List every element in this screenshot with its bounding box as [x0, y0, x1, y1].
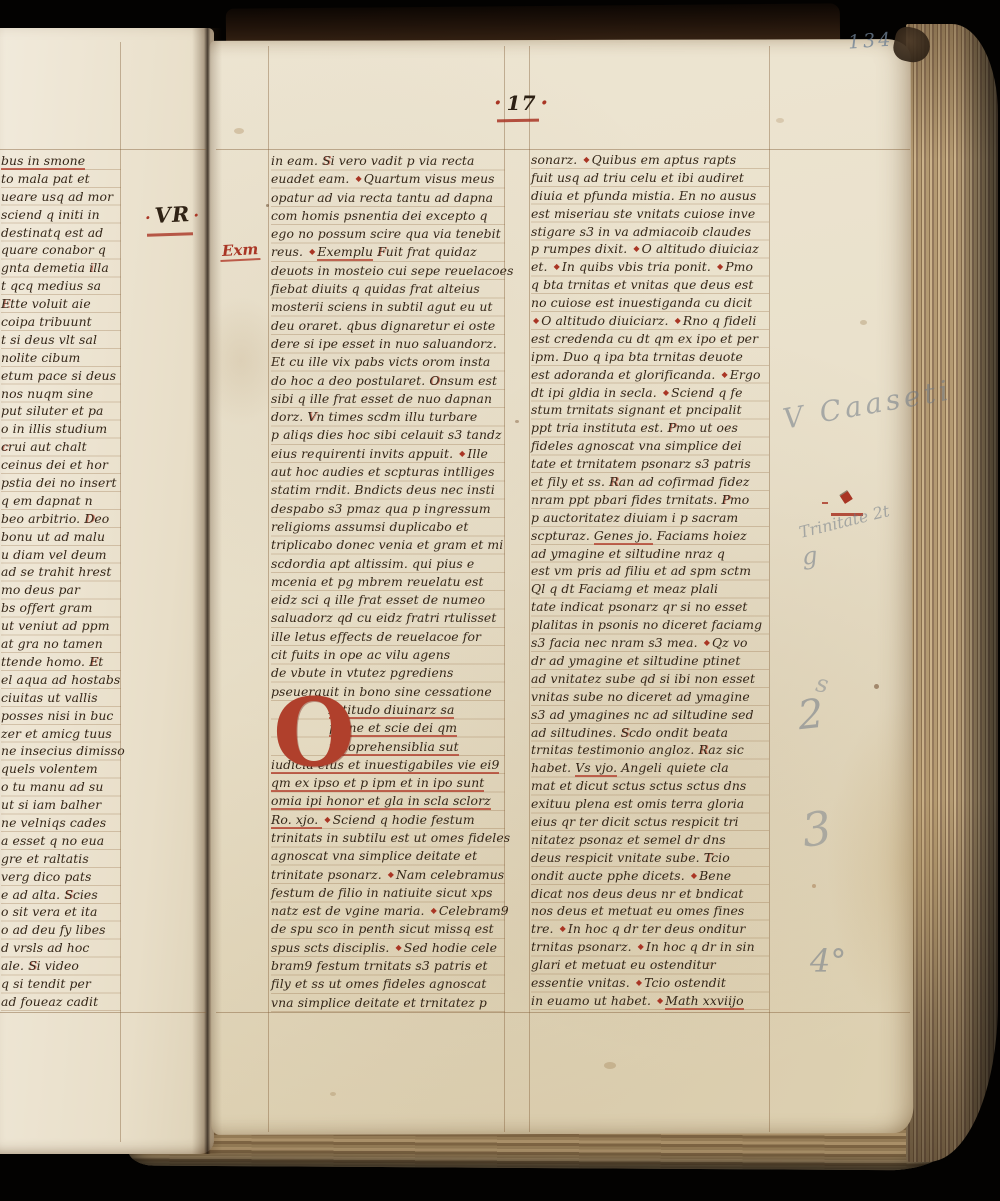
- manuscript-text-line: dere si ipe esset in nuo saluandorz.: [271, 335, 505, 353]
- text-segment: ad vnitatez sube qd si ibi non esset: [531, 671, 755, 686]
- text-segment: sibi q ille frat esset de nuo dapnan: [271, 391, 492, 406]
- manuscript-text-line: com homis psnentia dei excepto q: [271, 207, 505, 225]
- text-segment: put siluter et pa: [1, 403, 104, 418]
- manuscript-text-line: habet. Vs vjo. Angeli quiete cla: [531, 759, 769, 777]
- text-segment: do hoc a deo postularet.: [271, 373, 429, 388]
- manuscript-text-line: deuots in mosteio cui sepe reuelacoes: [271, 262, 505, 280]
- text-segment: t si deus vlt sal: [1, 332, 97, 347]
- text-segment: uit frat quidaz: [386, 244, 477, 259]
- text-segment: exituu plena est omis terra gloria: [531, 796, 744, 811]
- manuscript-text-line: at gra no tamen: [1, 635, 121, 653]
- text-segment: zer et amicg tuus: [1, 726, 112, 741]
- gutter-mark-exm: Exm: [220, 240, 261, 262]
- rubric-paragraph-mark: ◆: [388, 870, 394, 879]
- margin-mark-vr: VR: [141, 200, 203, 228]
- text-segment: habet.: [531, 760, 575, 775]
- text-segment: fily et ss ut omes fideles agnoscat: [271, 976, 486, 991]
- manuscript-text-line: ciuitas ut vallis: [1, 689, 121, 707]
- rubric-paragraph-mark: ◆: [560, 924, 566, 933]
- text-segment: Rno q fideli: [683, 313, 757, 328]
- text-segment: Ro. xjo.: [271, 812, 322, 829]
- text-segment: Quartum visus meus: [364, 171, 495, 186]
- manuscript-text-line: nolite cibum: [1, 349, 121, 367]
- text-segment: dicat nos deus deus nr et bndicat: [531, 886, 743, 901]
- text-segment: O altitudo diuiciaz: [642, 241, 759, 256]
- text-segment: tate indicat psonarz qr si no esset: [531, 599, 748, 614]
- manuscript-text-line: fuit usq ad triu celu et ibi audiret: [531, 169, 769, 187]
- text-segment: Pmo: [725, 259, 753, 274]
- pencil-letter-g: g: [801, 541, 819, 570]
- manuscript-text-line: ad vnitatez sube qd si ibi non esset: [531, 670, 769, 688]
- manuscript-text-line: est vm pris ad filiu et ad spm sctm: [531, 562, 769, 580]
- manuscript-text-line: trinitats in subtilu est ut omes fideles: [271, 829, 505, 847]
- text-segment: est vm pris ad filiu et ad spm sctm: [531, 563, 751, 578]
- text-segment: ttende homo.: [1, 654, 89, 669]
- text-segment: trinitats in subtilu est ut omes fideles: [271, 830, 510, 845]
- text-segment: t: [98, 654, 103, 669]
- text-segment: trnitas psonarz.: [531, 939, 636, 954]
- text-segment: plalitas in psonis no diceret faciamg: [531, 617, 762, 632]
- text-segment: ueare usq ad mor: [1, 189, 113, 204]
- manuscript-text-line: ad ymagine et siltudine nraz q: [531, 545, 769, 563]
- text-segment: o in illis studium: [1, 421, 107, 436]
- manuscript-text-line: verg dico pats: [1, 868, 121, 886]
- rubric-paragraph-mark: ◆: [721, 370, 727, 379]
- text-segment: gre et raltatis: [1, 851, 89, 866]
- text-segment: scdordia apt altissim. qui pius e: [271, 556, 474, 571]
- manuscript-text-line: sibi q ille frat esset de nuo dapnan: [271, 390, 505, 408]
- text-segment: statim rndit. Bndicts deus nec insti: [271, 482, 495, 497]
- stain: [860, 320, 867, 325]
- text-segment: e ad alta.: [1, 887, 64, 902]
- text-segment: opatur ad via recta tantu ad dapna: [271, 190, 493, 205]
- text-segment: S: [322, 153, 331, 168]
- manuscript-text-line: vnitas sube no diceret ad ymagine: [531, 688, 769, 706]
- illuminated-initial: O: [273, 697, 327, 773]
- manuscript-text-line: fiebat diuits q quidas frat alteius: [271, 280, 505, 298]
- manuscript-text-line: q em dapnat n: [1, 492, 121, 510]
- text-segment: tte voluit aie: [10, 296, 91, 311]
- text-segment: eius qr ter dicit sctus respicit tri: [531, 814, 739, 829]
- text-segment: i video: [37, 958, 79, 973]
- text-segment: ille letus effects de reuelacoe for: [271, 629, 481, 644]
- text-segment: natz est de vgine maria.: [271, 903, 429, 918]
- stain: [874, 684, 879, 689]
- text-segment: nos deus et metuat eu omes fines: [531, 903, 744, 918]
- manuscript-text-line: tre. ◆In hoc q dr ter deus onditur: [531, 920, 769, 938]
- rubric-paragraph-mark: ◆: [533, 316, 539, 325]
- manuscript-text-line: agnoscat vna simplice deitate et: [271, 847, 505, 865]
- text-segment: mosterii sciens in subtil agut eu ut: [271, 299, 493, 314]
- manuscript-text-line: tate et trnitatem psonarz s3 patris: [531, 455, 769, 473]
- text-segment: quare conabor q: [1, 242, 106, 257]
- text-segment: dt ipi gldia in secla.: [531, 385, 661, 400]
- text-segment: ale.: [1, 958, 28, 973]
- manuscript-text-line: opatur ad via recta tantu ad dapna: [271, 189, 505, 207]
- manuscript-text-line: posses nisi in buc: [1, 707, 121, 725]
- text-segment: Qz vo: [712, 635, 748, 650]
- text-segment: nsum est: [440, 373, 497, 388]
- text-segment: bonu ut ad malu: [1, 529, 105, 544]
- text-segment: cio: [711, 850, 730, 865]
- text-segment: ne insecius dimisso: [1, 743, 125, 758]
- manuscript-text-line: q bta trnitas et vnitas que deus est: [531, 276, 769, 294]
- manuscript-text-line: Ette voluit aie: [1, 295, 121, 313]
- text-column-middle: in eam. Si vero vadit p via rectaeuadet …: [271, 152, 505, 1012]
- text-segment: az sic: [708, 742, 744, 757]
- manuscript-text-line: put siluter et pa: [1, 402, 121, 420]
- text-segment: Sed hodie cele: [404, 940, 497, 955]
- margin-paragraph-dash: [822, 502, 828, 504]
- text-segment: O: [429, 373, 439, 388]
- manuscript-text-line: et. ◆In quibs vbis tria ponit. ◆Pmo: [531, 258, 769, 276]
- manuscript-text-line: Ql q dt Faciamg et meaz plali: [531, 580, 769, 598]
- ruling-line-vertical: [529, 46, 530, 1132]
- text-column-right: sonarz. ◆Quibus em aptus raptsfuit usq a…: [531, 151, 769, 1010]
- text-segment: deuots in mosteio cui sepe reuelacoes: [271, 263, 514, 278]
- stain: [515, 420, 519, 423]
- text-segment: Sciend q hodie festum: [333, 812, 475, 827]
- ruling-line-horizontal: [216, 149, 910, 150]
- text-segment: ppt tria instituta est.: [531, 420, 667, 435]
- manuscript-text-line: trinitate psonarz. ◆Nam celebramus: [271, 866, 505, 884]
- rubric-paragraph-mark: ◆: [355, 174, 361, 183]
- text-segment: beo arbitrio.: [1, 511, 84, 526]
- text-segment: ut veniut ad ppm: [1, 618, 110, 633]
- text-segment: Et cu ille vix pabs victs orom insta: [271, 354, 490, 369]
- manuscript-text-line: gnta demetia illa: [1, 259, 121, 277]
- manuscript-text-line: de spu sco in penth sicut missq est: [271, 920, 505, 938]
- text-segment: u diam vel deum: [1, 547, 107, 562]
- text-segment: p rumpes dixit.: [531, 241, 631, 256]
- text-segment: Tcio ostendit: [644, 975, 726, 990]
- text-segment: T: [704, 850, 711, 865]
- text-segment: cies: [73, 887, 98, 902]
- manuscript-text-line: dr ad ymagine et siltudine ptinet: [531, 652, 769, 670]
- text-segment: sciend q initi in: [1, 207, 100, 222]
- text-segment: R: [699, 742, 709, 757]
- manuscript-text-line: triplicabo donec venia et gram et mi: [271, 536, 505, 554]
- text-segment: Ille: [467, 446, 488, 461]
- text-segment: nram ppt pbari fides trnitats.: [531, 492, 721, 507]
- manuscript-text-line: Ro. xjo. ◆Sciend q hodie festum: [271, 811, 505, 829]
- text-segment: fideles agnoscat vna simplice dei: [531, 438, 742, 453]
- text-segment: o ad deu fy libes: [1, 922, 106, 937]
- manuscript-text-line: despabo s3 pmaz qua p ingressum: [271, 500, 505, 518]
- pencil-number-2: 2: [796, 691, 826, 739]
- text-column-left-partial: bus in smoneto mala pat etueare usq ad m…: [1, 152, 121, 1011]
- manuscript-text-line: p rumpes dixit. ◆O altitudo diuiciaz: [531, 240, 769, 258]
- text-segment: in euamo ut habet.: [531, 993, 655, 1008]
- text-segment: ad siltudines.: [531, 725, 620, 740]
- text-segment: ad foueaz cadit: [1, 994, 98, 1009]
- text-segment: o tu manu ad su: [1, 779, 103, 794]
- text-segment: omia ipi honor et gla in scla sclorz: [271, 793, 491, 810]
- manuscript-text-line: destinatq est ad: [1, 224, 121, 242]
- rubric-paragraph-mark: ◆: [633, 244, 639, 253]
- rubric-paragraph-mark: ◆: [636, 978, 642, 987]
- manuscript-text-line: euadet eam. ◆Quartum visus meus: [271, 170, 505, 188]
- text-segment: aut hoc audies et scpturas intlliges: [271, 464, 495, 479]
- manuscript-text-line: bonu ut ad malu: [1, 528, 121, 546]
- manuscript-text-line: omia ipi honor et gla in scla sclorz: [271, 792, 505, 810]
- manuscript-text-line: ueare usq ad mor: [1, 188, 121, 206]
- manuscript-text-line: ut si iam balher: [1, 796, 121, 814]
- text-segment: triplicabo donec venia et gram et mi: [271, 537, 503, 552]
- text-segment: est miseriau ste vnitats cuiose inve: [531, 206, 755, 221]
- text-segment: stum trnitats signant et pncipalit: [531, 402, 742, 417]
- manuscript-text-line: exituu plena est omis terra gloria: [531, 795, 769, 813]
- text-segment: q si tendit per: [1, 976, 91, 991]
- text-segment: vna simplice deitate et trnitatez p: [271, 995, 487, 1010]
- manuscript-text-line: ad foueaz cadit: [1, 993, 121, 1011]
- manuscript-text-line: fily et ss ut omes fideles agnoscat: [271, 975, 505, 993]
- text-segment: est adoranda et glorificanda.: [531, 367, 719, 382]
- text-segment: c: [1, 439, 8, 454]
- text-segment: trnitas testimonio angloz.: [531, 742, 699, 757]
- text-segment: quels volentem: [1, 761, 98, 776]
- stain: [234, 128, 244, 134]
- text-segment: pstia dei no insert: [1, 475, 117, 490]
- manuscript-text-line: ale. Si video: [1, 957, 121, 975]
- manuscript-text-line: e ad alta. Scies: [1, 886, 121, 904]
- manuscript-text-line: mo deus par: [1, 581, 121, 599]
- manuscript-text-line: spus scts disciplis. ◆Sed hodie cele: [271, 939, 505, 957]
- ruling-line-horizontal: [0, 149, 206, 150]
- manuscript-text-line: o sit vera et ita: [1, 903, 121, 921]
- manuscript-text-line: festum de filio in natiuite sicut xps: [271, 884, 505, 902]
- stain: [330, 1092, 336, 1096]
- text-segment: deus respicit vnitate sube.: [531, 850, 704, 865]
- text-segment: no cuiose est inuestiganda cu dicit: [531, 295, 752, 310]
- text-segment: bs offert gram: [1, 600, 92, 615]
- manuscript-text-line: t qcq medius sa: [1, 277, 121, 295]
- manuscript-text-line: ille letus effects de reuelacoe for: [271, 628, 505, 646]
- manuscript-text-line: pstia dei no insert: [1, 474, 121, 492]
- text-segment: cit fuits in ope ac vilu agens: [271, 647, 450, 662]
- text-segment: s3 ad ymagines nc ad siltudine sed: [531, 707, 754, 722]
- text-segment: dr ad ymagine et siltudine ptinet: [531, 653, 740, 668]
- text-segment: q bta trnitas et vnitas que deus est: [531, 277, 753, 292]
- manuscript-text-line: mosterii sciens in subtil agut eu ut: [271, 298, 505, 316]
- text-segment: mat et dicut sctus sctus sctus dns: [531, 778, 746, 793]
- ruling-line-vertical: [268, 46, 269, 1132]
- text-segment: Ergo: [730, 367, 761, 382]
- text-segment: In hoc q dr in sin: [646, 939, 755, 954]
- rubric-paragraph-mark: ◆: [704, 638, 710, 647]
- text-segment: q em dapnat n: [1, 493, 93, 508]
- manuscript-text-line: stum trnitats signant et pncipalit: [531, 401, 769, 419]
- text-segment: mcenia et pg mbrem reuelatu est: [271, 574, 484, 589]
- manuscript-text-line: quare conabor q: [1, 241, 121, 259]
- text-segment: destinatq est ad: [1, 225, 103, 240]
- text-segment: reus.: [271, 244, 307, 259]
- text-segment: i vero vadit p via recta: [331, 153, 475, 168]
- text-segment: trinitate psonarz.: [271, 867, 386, 882]
- manuscript-text-line: trnitas psonarz. ◆In hoc q dr in sin: [531, 938, 769, 956]
- text-segment: P: [721, 492, 729, 507]
- text-segment: saluadorz qd cu eidz fratri rtulisset: [271, 610, 496, 625]
- manuscript-text-line: ego no possum scire qua via tenebit: [271, 225, 505, 243]
- manuscript-text-line: a esset q no eua: [1, 832, 121, 850]
- manuscript-text-line: ad siltudines. Scdo ondit beata: [531, 724, 769, 742]
- stain: [776, 118, 784, 123]
- text-segment: essentie vnitas.: [531, 975, 634, 990]
- text-segment: tre.: [531, 921, 558, 936]
- text-segment: cdo ondit beata: [629, 725, 728, 740]
- water-stain: [196, 296, 286, 426]
- text-segment: O altitudo diuiciarz.: [541, 313, 672, 328]
- rubric-paragraph-mark: ◆: [691, 871, 697, 880]
- ruling-line-vertical: [769, 46, 770, 1132]
- text-segment: tate et trnitatem psonarz s3 patris: [531, 456, 751, 471]
- text-segment: R: [609, 474, 619, 489]
- manuscript-text-line: ppt tria instituta est. Pmo ut oes: [531, 419, 769, 437]
- gutter-fold: [192, 28, 222, 1154]
- manuscript-text-line: tate indicat psonarz qr si no esset: [531, 598, 769, 616]
- manuscript-text-line: natz est de vgine maria. ◆Celebram9: [271, 902, 505, 920]
- rubric-paragraph-mark: ◆: [583, 155, 589, 164]
- rubric-paragraph-mark: ◆: [638, 942, 644, 951]
- rubric-paragraph-mark: ◆: [657, 996, 663, 1005]
- manuscript-text-line: sonarz. ◆Quibus em aptus rapts: [531, 151, 769, 169]
- manuscript-text-line: aut hoc audies et scpturas intlliges: [271, 463, 505, 481]
- manuscript-text-line: o in illis studium: [1, 420, 121, 438]
- text-segment: festum de filio in natiuite sicut xps: [271, 885, 493, 900]
- manuscript-text-line: scdordia apt altissim. qui pius e: [271, 555, 505, 573]
- text-segment: In hoc q dr ter deus onditur: [568, 921, 746, 936]
- stain: [706, 962, 711, 966]
- rubric-paragraph-mark: ◆: [717, 262, 723, 271]
- text-segment: ad ymagine et siltudine nraz q: [531, 546, 725, 561]
- manuscript-text-line: est adoranda et glorificanda. ◆Ergo: [531, 366, 769, 384]
- stain: [812, 884, 816, 888]
- manuscript-text-line: quels volentem: [1, 760, 121, 778]
- stain: [604, 1062, 616, 1069]
- text-segment: n times scdm illu turbare: [316, 409, 477, 424]
- text-segment: Sciend q fe: [671, 385, 742, 400]
- text-segment: ceinus dei et hor: [1, 457, 108, 472]
- manuscript-text-line: zer et amicg tuus: [1, 725, 121, 743]
- text-segment: ipm. Duo q ipa bta trnitas deuote: [531, 349, 743, 364]
- manuscript-text-line: d vrsls ad hoc: [1, 939, 121, 957]
- manuscript-text-line: p auctoritatez diuiam i p sacram: [531, 509, 769, 527]
- manuscript-text-line: glari et metuat eu ostenditur: [531, 956, 769, 974]
- text-segment: eidz sci q ille frat esset de numeo: [271, 592, 485, 607]
- rubric-paragraph-mark: ◆: [554, 262, 560, 271]
- text-segment: eo: [94, 511, 109, 526]
- rubric-paragraph-mark: ◆: [675, 316, 681, 325]
- text-segment: ut si iam balher: [1, 797, 101, 812]
- ruling-line-horizontal: [0, 1012, 206, 1013]
- manuscript-text-line: dorz. Vn times scdm illu turbare: [271, 408, 505, 426]
- text-segment: p auctoritatez diuiam i p sacram: [531, 510, 738, 525]
- manuscript-text-line: etum pace si deus: [1, 367, 121, 385]
- text-segment: coipa tribuunt: [1, 314, 92, 329]
- manuscript-text-line: q si tendit per: [1, 975, 121, 993]
- manuscript-text-line: est credenda cu dt qm ex ipo et per: [531, 330, 769, 348]
- text-segment: et fily et ss.: [531, 474, 609, 489]
- text-segment: est credenda cu dt qm ex ipo et per: [531, 331, 758, 346]
- manuscript-text-line: ut veniut ad ppm: [1, 617, 121, 635]
- text-segment: Quibus em aptus rapts: [592, 152, 737, 167]
- text-segment: bram9 festum trnitats s3 patris et: [271, 958, 488, 973]
- manuscript-text-line: Et cu ille vix pabs victs orom insta: [271, 353, 505, 371]
- manuscript-text-line: crui aut chalt: [1, 438, 121, 456]
- text-segment: F: [377, 244, 386, 259]
- manuscript-text-line: ne velniqs cades: [1, 814, 121, 832]
- manuscript-text-line: religioms assumsi duplicabo et: [271, 518, 505, 536]
- text-segment: Nam celebramus: [396, 867, 504, 882]
- manuscript-text-line: do hoc a deo postularet. Onsum est: [271, 372, 505, 390]
- manuscript-text-line: bram9 festum trnitats s3 patris et: [271, 957, 505, 975]
- text-segment: vnitas sube no diceret ad ymagine: [531, 689, 750, 704]
- manuscript-text-line: in euamo ut habet. ◆Math xxviijo: [531, 992, 769, 1010]
- rubric-paragraph-mark: ◆: [459, 449, 465, 458]
- manuscript-text-line: no cuiose est inuestiganda cu dicit: [531, 294, 769, 312]
- text-segment: dere si ipe esset in nuo saluandorz.: [271, 336, 497, 351]
- manuscript-text-line: ne insecius dimisso: [1, 742, 121, 760]
- manuscript-text-line: bus in smone: [1, 152, 121, 170]
- text-segment: etum pace si deus: [1, 368, 116, 383]
- manuscript-text-line: el aqua ad hostabs: [1, 671, 121, 689]
- rubric-paragraph-mark: ◆: [309, 247, 315, 256]
- manuscript-text-line: to mala pat et: [1, 170, 121, 188]
- rubric-paragraph-mark: ◆: [663, 388, 669, 397]
- text-segment: S: [64, 887, 73, 902]
- text-segment: S: [620, 725, 629, 740]
- manuscript-text-line: p aliqs dies hoc sibi celauit s3 tandz: [271, 426, 505, 444]
- text-segment: eius requirenti invits appuit.: [271, 446, 457, 461]
- text-segment: glari et metuat eu ostenditur: [531, 957, 716, 972]
- manuscript-text-line: trnitas testimonio angloz. Raz sic: [531, 741, 769, 759]
- text-segment: Math xxviijo: [665, 993, 743, 1010]
- manuscript-text-line: ceinus dei et hor: [1, 456, 121, 474]
- manuscript-photo: bus in smoneto mala pat etueare usq ad m…: [0, 0, 1000, 1201]
- text-segment: P: [667, 420, 675, 435]
- text-segment: Ql q dt Faciamg et meaz plali: [531, 581, 718, 596]
- manuscript-text-line: cit fuits in ope ac vilu agens: [271, 646, 505, 664]
- manuscript-text-line: nos nuqm sine: [1, 385, 121, 403]
- manuscript-text-line: vna simplice deitate et trnitatez p: [271, 994, 505, 1012]
- manuscript-text-line: stigare s3 in va admiacoib claudes: [531, 223, 769, 241]
- manuscript-text-line: et fily et ss. Ran ad cofirmad fidez: [531, 473, 769, 491]
- manuscript-text-line: est miseriau ste vnitats cuiose inve: [531, 205, 769, 223]
- text-segment: o sit vera et ita: [1, 904, 98, 919]
- manuscript-text-line: eius requirenti invits appuit. ◆Ille: [271, 445, 505, 463]
- text-segment: nitatez psonaz et semel dr dns: [531, 832, 726, 847]
- text-segment: stigare s3 in va admiacoib claudes: [531, 224, 751, 239]
- manuscript-text-line: in eam. Si vero vadit p via recta: [271, 152, 505, 170]
- text-segment: p aliqs dies hoc sibi celauit s3 tandz: [271, 427, 502, 442]
- text-segment: fuit usq ad triu celu et ibi audiret: [531, 170, 744, 185]
- text-segment: E: [1, 296, 10, 311]
- manuscript-text-line: diuia et pfunda mistia. En no ausus: [531, 187, 769, 205]
- manuscript-text-line: fideles agnoscat vna simplice dei: [531, 437, 769, 455]
- rubric-paragraph-mark: ◆: [396, 943, 402, 952]
- text-segment: verg dico pats: [1, 869, 91, 884]
- manuscript-text-line: t si deus vlt sal: [1, 331, 121, 349]
- manuscript-text-line: sciend q initi in: [1, 206, 121, 224]
- rubric-paragraph-mark: ◆: [431, 906, 437, 915]
- folio-number: 134: [847, 28, 894, 53]
- text-segment: In quibs vbis tria ponit.: [562, 259, 715, 274]
- text-segment: mo ut oes: [676, 420, 738, 435]
- manuscript-text-line: ondit aucte pphe dicets. ◆Bene: [531, 867, 769, 885]
- manuscript-text-line: nos deus et metuat eu omes fines: [531, 902, 769, 920]
- manuscript-text-line: reus. ◆Exemplu Fuit frat quidaz: [271, 243, 505, 261]
- manuscript-text-line: o tu manu ad su: [1, 778, 121, 796]
